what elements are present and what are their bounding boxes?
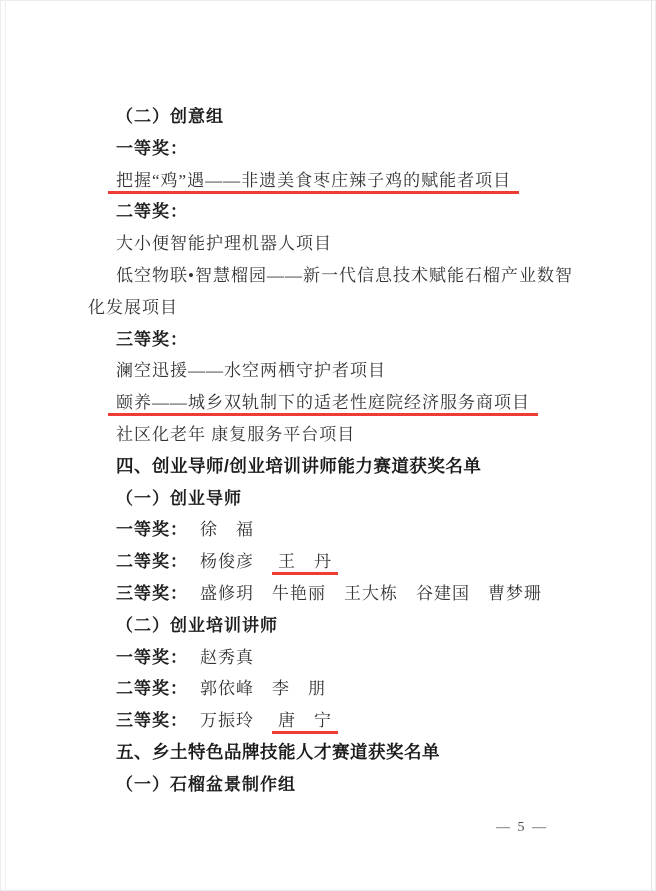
creative-first-prize-line: 把握“鸡”遇——非遗美食枣庄辣子鸡的赋能者项目 xyxy=(88,165,590,197)
document-body: （二）创意组 一等奖： 把握“鸡”遇——非遗美食枣庄辣子鸡的赋能者项目 二等奖：… xyxy=(88,101,590,801)
trainer-third-prize-name-underlined: 唐 宁 xyxy=(272,711,338,734)
trainer-first-prize-names: 赵秀真 xyxy=(200,648,254,667)
mentor-second-prize-line: 二等奖：杨俊彦王 丹 xyxy=(88,546,590,578)
mentor-third-prize-names: 盛修玥 牛艳丽 王大栋 谷建国 曹梦珊 xyxy=(200,584,542,603)
trainer-second-prize-label: 二等奖： xyxy=(116,679,188,698)
page-number: — 5 — xyxy=(496,820,548,836)
trainer-second-prize-line: 二等奖：郭依峰 李 朋 xyxy=(88,673,590,705)
page-right-edge xyxy=(651,0,652,891)
document-page: （二）创意组 一等奖： 把握“鸡”遇——非遗美食枣庄辣子鸡的赋能者项目 二等奖：… xyxy=(0,0,656,891)
mentor-third-prize-label: 三等奖： xyxy=(116,584,188,603)
creative-first-prize-project-underlined: 把握“鸡”遇——非遗美食枣庄辣子鸡的赋能者项目 xyxy=(108,171,519,194)
trainer-third-prize-label: 三等奖： xyxy=(116,711,188,730)
subsection-heading-creative-group: （二）创意组 xyxy=(88,101,590,133)
subsection-heading-mentor: （一）创业导师 xyxy=(88,483,590,515)
creative-third-prize-project-1: 澜空迅援——水空两栖守护者项目 xyxy=(88,355,590,387)
creative-third-prize-line-2: 颐养——城乡双轨制下的适老性庭院经济服务商项目 xyxy=(88,387,590,419)
creative-first-prize-label: 一等奖： xyxy=(88,133,590,165)
trainer-second-prize-names: 郭依峰 李 朋 xyxy=(200,679,326,698)
page-left-edge xyxy=(5,0,6,891)
mentor-second-prize-label: 二等奖： xyxy=(116,552,188,571)
subsection-heading-bonsai: （一）石榴盆景制作组 xyxy=(88,769,590,801)
creative-second-prize-label: 二等奖： xyxy=(88,196,590,228)
section-heading-rural: 五、乡土特色品牌技能人才赛道获奖名单 xyxy=(88,737,590,769)
creative-second-prize-project-1: 大小便智能护理机器人项目 xyxy=(88,228,590,260)
mentor-first-prize-label: 一等奖： xyxy=(116,520,188,539)
subsection-heading-trainer: （二）创业培训讲师 xyxy=(88,610,590,642)
section-heading-mentors: 四、创业导师/创业培训讲师能力赛道获奖名单 xyxy=(88,451,590,483)
mentor-second-prize-name-underlined: 王 丹 xyxy=(272,552,338,575)
trainer-third-prize-line: 三等奖：万振玲唐 宁 xyxy=(88,705,590,737)
trainer-first-prize-label: 一等奖： xyxy=(116,648,188,667)
mentor-second-prize-names: 杨俊彦 xyxy=(200,552,254,571)
trainer-first-prize-line: 一等奖：赵秀真 xyxy=(88,642,590,674)
mentor-first-prize-line: 一等奖：徐 福 xyxy=(88,514,590,546)
creative-third-prize-label: 三等奖： xyxy=(88,324,590,356)
creative-third-prize-project-3: 社区化老年 康复服务平台项目 xyxy=(88,419,590,451)
trainer-third-prize-names: 万振玲 xyxy=(200,711,254,730)
creative-second-prize-project-2: 低空物联•智慧榴园——新一代信息技术赋能石榴产业数智化发展项目 xyxy=(88,260,590,324)
mentor-first-prize-names: 徐 福 xyxy=(200,520,254,539)
mentor-third-prize-line: 三等奖：盛修玥 牛艳丽 王大栋 谷建国 曹梦珊 xyxy=(88,578,590,610)
creative-third-prize-project-2-underlined: 颐养——城乡双轨制下的适老性庭院经济服务商项目 xyxy=(108,393,538,416)
